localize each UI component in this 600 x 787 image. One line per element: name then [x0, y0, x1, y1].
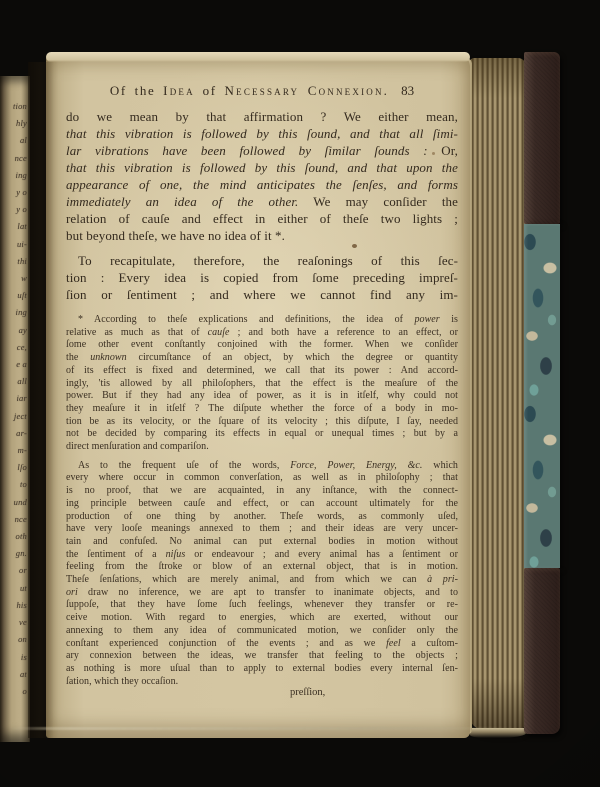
header-of: of [195, 83, 225, 98]
text-line: of its effect is fixed and determined, w… [66, 365, 458, 378]
edge-text-fragment: al [20, 136, 27, 145]
page-block-fore-edge [470, 58, 526, 732]
text-line: the ſentiment of a niſus or endeavour ; … [66, 549, 458, 562]
text-line: ſion or ſentiment ; and where we cannot … [66, 286, 458, 303]
edge-text-fragment: e a [16, 360, 27, 369]
text-line: direct menſuration and compariſon. [66, 441, 458, 454]
edge-text-fragment: y o [16, 205, 27, 214]
text-line: that this vibration is followed by this … [66, 125, 458, 142]
page-number: 83 [401, 83, 414, 98]
body-text: do we mean by that affirmation ? We eith… [66, 108, 458, 303]
catchword: preſſion, [290, 687, 325, 698]
text-line: appearance of one, the mind anticipates … [66, 176, 458, 193]
edge-text-fragment: to [20, 480, 27, 489]
edge-text-fragments: tionhlyalnceingy oy olatui-thiwuſtingayc… [0, 102, 27, 696]
edge-text-fragment: ar- [16, 429, 27, 438]
text-line: immediately an idea of the other. We may… [66, 193, 458, 210]
edge-text-fragment: nce [15, 515, 27, 524]
text-line: tain and confuſed. No animal can put ext… [66, 536, 458, 549]
edge-text-fragment: tion [13, 102, 27, 111]
paragraph: do we mean by that affirmation ? We eith… [66, 108, 458, 244]
text-line: * According to theſe explications and de… [66, 314, 458, 327]
edge-text-fragment: nce [15, 154, 27, 163]
text-line: every where occur in common converſation… [66, 472, 458, 485]
text-line: ary connexion between the ideas, we tran… [66, 650, 458, 663]
binding-strip [524, 52, 560, 734]
edge-text-fragment: lat [17, 222, 27, 231]
edge-text-fragment: y o [16, 188, 27, 197]
text-line: production of one thing by another. Theſ… [66, 511, 458, 524]
footnote-text: * According to theſe explications and de… [66, 314, 458, 688]
edge-text-fragment: ui- [17, 240, 27, 249]
edge-text-fragment: ve [19, 618, 27, 627]
text-line: As to the frequent uſe of the words, For… [66, 460, 458, 473]
edge-text-fragment: ing [16, 308, 27, 317]
text-line: ori draw no inference, we are apt to tra… [66, 587, 458, 600]
edge-text-fragment: lſo [17, 463, 27, 472]
edge-text-fragment: und [14, 498, 27, 507]
text-line: do we mean by that affirmation ? We eith… [66, 108, 458, 125]
page-bottom-edge-highlight [8, 727, 524, 730]
edge-text-fragment: ut [20, 584, 27, 593]
text-line: not be decided by comparing its effects … [66, 428, 458, 441]
text-line: ſuppoſe, that they have ſome ſuch feelin… [66, 599, 458, 612]
edge-text-fragment: all [17, 377, 27, 386]
text-line: is no proof, that we are acquainted, in … [66, 485, 458, 498]
text-line: relative as much as that of cauſe ; and … [66, 327, 458, 340]
text-line: tion be as its velocity, or the ſquare o… [66, 416, 458, 429]
text-line: ſome other event conſtantly conjoined wi… [66, 339, 458, 352]
edge-text-fragment: ce, [17, 343, 27, 352]
edge-text-fragment: gn. [16, 549, 27, 558]
text-line: ing principle between cauſe and effect, … [66, 498, 458, 511]
text-line: annexing to them any idea of communicate… [66, 625, 458, 638]
text-line: but beyond theſe, we have no idea of it … [66, 227, 458, 244]
text-line: feeling from the ſtroke or blow of an ex… [66, 561, 458, 574]
book-page: Of the Idea of Necessary Connexion.83 do… [46, 56, 470, 738]
marbled-board [524, 224, 560, 568]
edge-text-fragment: w [21, 274, 27, 283]
text-line: as nothing is more uſual than to apply t… [66, 663, 458, 676]
text-line: they meaſure it in itſelf ? The diſpute … [66, 403, 458, 416]
edge-text-fragment: ing [16, 171, 27, 180]
text-line: conſtant experienced conjunction of the … [66, 638, 458, 651]
facing-page-fore-edge: tionhlyalnceingy oy olatui-thiwuſtingayc… [0, 76, 30, 742]
gutter-shadow [28, 62, 54, 738]
header-idea: Idea [163, 83, 195, 98]
edge-text-fragment: or [19, 566, 27, 575]
edge-text-fragment: his [16, 601, 27, 610]
edge-text-fragment: iar [16, 394, 27, 403]
edge-text-fragment: on [18, 635, 27, 644]
running-header: Of the Idea of Necessary Connexion.83 [66, 83, 458, 99]
text-line: have very looſe meanings annexed to them… [66, 523, 458, 536]
text-line: that this vibration is followed by this … [66, 159, 458, 176]
header-connexion: Necessary Connexion. [225, 83, 390, 98]
paragraph: To recapitulate, therefore, the reaſonin… [66, 252, 458, 303]
paragraph: As to the frequent uſe of the words, For… [66, 460, 458, 689]
text-line: To recapitulate, therefore, the reaſonin… [66, 252, 458, 269]
book-photo: tionhlyalnceingy oy olatui-thiwuſtingayc… [0, 0, 600, 787]
text-line: the unknown circumſtance of an object, b… [66, 352, 458, 365]
edge-text-fragment: thi [17, 257, 27, 266]
text-line: Theſe ſenſations, which are merely anima… [66, 574, 458, 587]
text-line: lar vibrations have been followed by ſim… [66, 142, 458, 159]
paper-speck [432, 152, 435, 155]
edge-text-fragment: o [23, 687, 27, 696]
text-line: tion : Every idea is copied from ſome pr… [66, 269, 458, 286]
text-line: relation of cauſe and effect in either o… [66, 210, 458, 227]
leather-cover-top [524, 52, 560, 224]
edge-text-fragment: m- [18, 446, 27, 455]
paragraph: * According to theſe explications and de… [66, 314, 458, 454]
header-prefix: Of the [110, 83, 163, 98]
leather-cover-bottom [524, 568, 560, 734]
edge-text-fragment: ject [14, 412, 27, 421]
edge-text-fragment: is [21, 653, 27, 662]
text-line: ceive motion. With regard to energies, w… [66, 612, 458, 625]
paper-speck [352, 244, 357, 248]
edge-text-fragment: oth [16, 532, 27, 541]
text-line: ſation, which they occaſion. [66, 676, 458, 689]
edge-text-fragment: at [20, 670, 27, 679]
edge-text-fragment: hly [16, 119, 27, 128]
text-line: ingly, 'tis allowed by all philoſophers,… [66, 378, 458, 391]
edge-text-fragment: ay [19, 326, 27, 335]
edge-text-fragment: uſt [17, 291, 27, 300]
text-line: power. But if they had any idea of power… [66, 390, 458, 403]
